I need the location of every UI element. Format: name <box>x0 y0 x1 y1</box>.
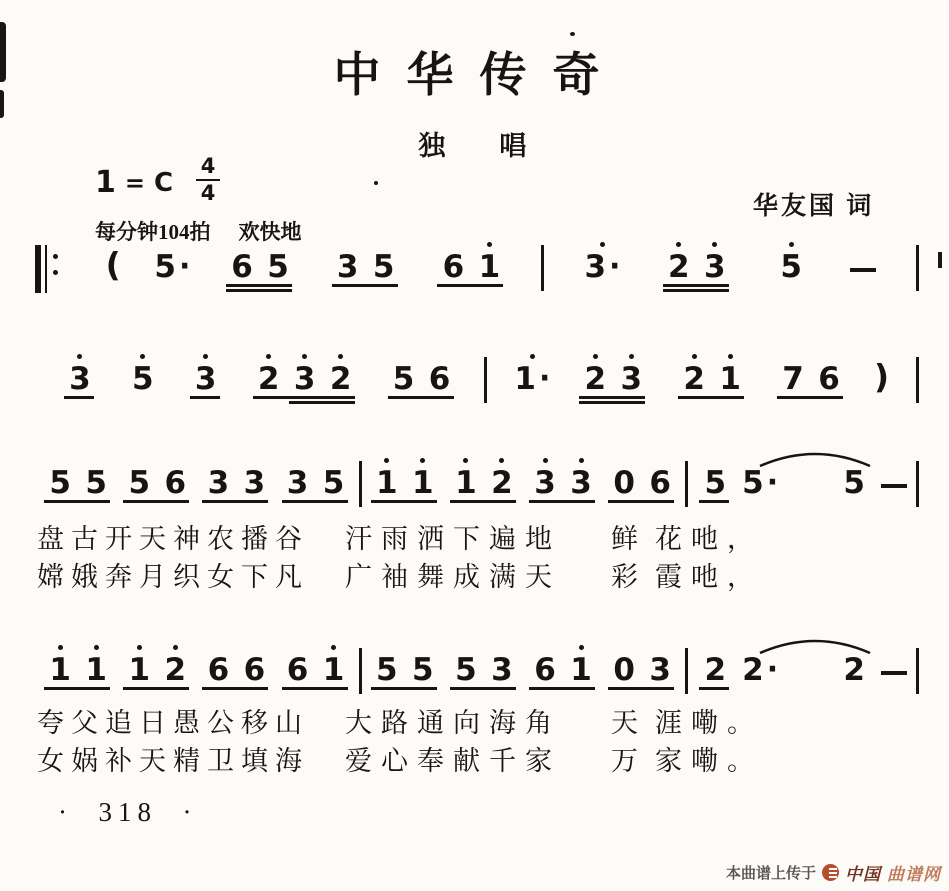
note-digit: 1 <box>49 653 71 687</box>
note-digit: 3 <box>287 466 309 500</box>
note-digit: 5 <box>154 250 176 284</box>
note-row: 5 <box>773 242 809 284</box>
note: 7 <box>775 354 811 396</box>
music-system-3: 555633351112330655·5 <box>35 458 919 512</box>
key-signature: 1 = C 4 4 <box>95 162 220 204</box>
note-digit: 0 <box>613 466 635 500</box>
note-row: 3· <box>584 242 620 284</box>
note-digit-row: 5 <box>393 362 415 396</box>
octave-dot <box>600 242 605 247</box>
note-row: 66 <box>200 645 272 687</box>
watermark-prefix: 本曲谱上传于 <box>726 862 816 883</box>
note-digit: 6 <box>818 362 840 396</box>
note-row: 11 <box>42 645 114 687</box>
octave-dot <box>94 645 99 650</box>
note-digit-row: 6 <box>244 653 266 687</box>
note: 3 <box>642 645 678 687</box>
note-group: 55 <box>369 645 441 699</box>
beam-underline <box>663 289 729 292</box>
note: 5 <box>773 242 809 284</box>
beam-area <box>224 284 296 296</box>
octave-dot <box>712 242 717 247</box>
beam-underline <box>579 401 645 404</box>
note-row: 61 <box>435 242 507 284</box>
note: 2 <box>157 645 193 687</box>
barline <box>916 461 919 507</box>
note-digit-row: 3 <box>294 362 316 396</box>
measure: 3·235 <box>544 242 916 296</box>
note-digit: 3 <box>570 466 592 500</box>
note: 1· <box>514 354 550 396</box>
note-row: 35 <box>330 242 402 284</box>
note-row: 3 <box>188 354 224 396</box>
note-group: 56 <box>121 458 193 512</box>
note-digit-row: 5 <box>843 466 865 500</box>
lyric-segment: 家嘞。 <box>655 739 763 778</box>
time-signature-bottom: 4 <box>201 183 216 204</box>
lyrics-row: 夸父追日愚公移山 大路通向海角 天 涯嘞。 <box>35 701 919 737</box>
octave-dot <box>173 645 178 650</box>
tie-group: 2·2 <box>742 645 872 687</box>
note-digit: 1 <box>376 466 398 500</box>
note-digit: 5 <box>376 653 398 687</box>
beam-area <box>697 687 733 699</box>
note-digit-row: 3 <box>69 362 91 396</box>
beam-underline <box>699 500 729 503</box>
note-digit: 3 <box>534 466 556 500</box>
note-digit-row: 3 <box>244 466 266 500</box>
note: 5 <box>121 458 157 500</box>
note-digit-row: 5 <box>376 653 398 687</box>
octave-dot <box>593 354 598 359</box>
note-group: 76 <box>775 354 847 408</box>
note-row: 03 <box>606 645 678 687</box>
octave-dot <box>487 242 492 247</box>
octave-dot <box>302 354 307 359</box>
note-digit-row: 5 <box>128 466 150 500</box>
note-row: 56 <box>386 354 458 396</box>
octave-dot <box>499 458 504 463</box>
repeat-dot <box>53 270 58 275</box>
note-digit-row: 6 <box>534 653 556 687</box>
beam-underline <box>608 500 674 503</box>
note-digit-row: 1 <box>570 653 592 687</box>
note: 5 <box>386 354 422 396</box>
note-digit-row: 3 <box>491 653 513 687</box>
note: 5 <box>369 645 405 687</box>
music-system-1: (5·6535613·235 <box>35 242 919 296</box>
note: 1 <box>369 458 405 500</box>
note-digit: 5 <box>704 466 726 500</box>
note-row: 33 <box>527 458 599 500</box>
beam-area <box>251 396 359 408</box>
beam-underline <box>450 500 516 503</box>
note-digit-row: 6 <box>429 362 451 396</box>
note: 5· <box>154 242 190 284</box>
octave-dot <box>463 458 468 463</box>
beam-underline <box>777 396 843 399</box>
note-digit-row: 2 <box>584 362 606 396</box>
note-group: 33 <box>200 458 272 512</box>
octave-dot <box>331 645 336 650</box>
lyric-segment: 万 <box>611 739 638 778</box>
note-group: 23 <box>661 242 733 296</box>
beam-underline <box>371 687 437 690</box>
beam-area <box>280 687 352 699</box>
note-group: 61 <box>280 645 352 699</box>
note-row: 21 <box>676 354 748 396</box>
note: 3 <box>697 242 733 284</box>
note-digit: 2 <box>258 362 280 396</box>
note-digit: 3 <box>208 466 230 500</box>
note-group: 2 <box>697 645 733 699</box>
note-group: 23 <box>577 354 649 408</box>
beam-area <box>577 396 649 408</box>
note-group: 12 <box>448 458 520 512</box>
barline <box>916 245 919 291</box>
note: 5 <box>316 458 352 500</box>
note-digit-row: 1 <box>49 653 71 687</box>
repeat-dot <box>53 254 58 259</box>
note-digit: 6 <box>244 653 266 687</box>
beam-underline <box>123 687 189 690</box>
beam-underline <box>678 396 744 399</box>
note-row: 61 <box>527 645 599 687</box>
note-digit: 3 <box>620 362 642 396</box>
note-digit-row: 3 <box>208 466 230 500</box>
note: 6 <box>642 458 678 500</box>
beam-underline <box>289 401 355 404</box>
beam-area <box>448 687 520 699</box>
tempo-marking: 每分钟104拍 <box>95 220 211 244</box>
note-digit-row: 1 <box>412 466 434 500</box>
lyric-segment: 嫦娥奔月织女下凡 <box>37 555 309 594</box>
note-digit-row: 2 <box>704 653 726 687</box>
lyric-segment: 广袖舞成满天 <box>345 555 561 594</box>
note-group: 1· <box>514 354 550 408</box>
lyric-segment: 汗雨洒下遍地 <box>345 517 561 556</box>
note-row: 65 <box>224 242 296 284</box>
beam-underline <box>226 284 292 287</box>
beam-underline <box>44 687 110 690</box>
lyrics-row: 嫦娥奔月织女下凡 广袖舞成满天 彩 霞吔， <box>35 555 919 591</box>
beam-area <box>514 396 550 408</box>
beam-underline <box>529 687 595 690</box>
note-digit-row: 1 <box>455 466 477 500</box>
note-row: 1· <box>514 354 550 396</box>
note-digit: 3 <box>491 653 513 687</box>
note-digit-row: 5 <box>704 466 726 500</box>
music-system-4: 111266615553610322·2 <box>35 645 919 699</box>
note: 1 <box>316 645 352 687</box>
note-digit: 2 <box>704 653 726 687</box>
note: 1 <box>563 645 599 687</box>
note: 6 <box>236 645 272 687</box>
note-digit: 1 <box>128 653 150 687</box>
note-row: 76 <box>775 354 847 396</box>
octave-dot <box>789 242 794 247</box>
key-letter: C <box>154 168 173 198</box>
note-digit-row: 0 <box>613 653 635 687</box>
augmentation-dot: · <box>539 364 550 394</box>
note-group: 55 <box>42 458 114 512</box>
note-digit: 5 <box>49 466 71 500</box>
beam-area <box>435 284 507 296</box>
octave-dot <box>137 645 142 650</box>
measure: 35323256 <box>35 354 484 408</box>
note-group: 03 <box>606 645 678 699</box>
note-digit: 6 <box>231 250 253 284</box>
note-digit-row: 2 <box>491 466 513 500</box>
note-row: 23 <box>577 354 649 396</box>
measure: 11123306 <box>362 458 686 512</box>
beam-underline <box>123 500 189 503</box>
beam-underline <box>388 396 454 399</box>
beam-area <box>121 500 193 512</box>
note: 1 <box>471 242 507 284</box>
note-digit-row: 5 <box>455 653 477 687</box>
note-digit: 6 <box>287 653 309 687</box>
beam-area <box>527 687 599 699</box>
beam-area <box>527 500 599 512</box>
note-digit-row: 1 <box>323 653 345 687</box>
note-digit: 3 <box>69 362 91 396</box>
note-group: 53 <box>448 645 520 699</box>
note-digit: 5 <box>843 466 865 500</box>
note-row: 61 <box>280 645 352 687</box>
octave-dot <box>579 645 584 650</box>
beam-area <box>200 687 272 699</box>
note-digit: 6 <box>534 653 556 687</box>
note-digit-row: 5 <box>267 250 289 284</box>
note-digit: 5 <box>780 250 802 284</box>
note-group: 232 <box>251 354 359 408</box>
octave-dot <box>338 354 343 359</box>
song-title: 中华传奇 <box>0 38 949 105</box>
note-digit-row: 5 <box>780 250 802 284</box>
beam-area <box>62 396 98 408</box>
beam-area <box>606 687 678 699</box>
note-digit-row: 1 <box>128 653 150 687</box>
equals-sign: = <box>125 168 145 198</box>
note-group: 61 <box>527 645 599 699</box>
beam-area <box>42 500 114 512</box>
site-logo-icon <box>822 864 839 881</box>
note-row: 53 <box>448 645 520 687</box>
note-digit-row: 6 <box>164 466 186 500</box>
note-digit: 5 <box>412 653 434 687</box>
note-digit: 1 <box>570 653 592 687</box>
barline <box>916 648 919 694</box>
measure: 22·2 <box>688 645 916 699</box>
note: 3 <box>280 458 316 500</box>
lyric-segment: 盘古开天神农播谷 <box>37 517 309 556</box>
augmentation-dot: · <box>767 655 778 685</box>
note-digit-row: 3 <box>195 362 217 396</box>
note-row: 56 <box>121 458 193 500</box>
octave-dot <box>58 645 63 650</box>
octave-dot <box>543 458 548 463</box>
beam-underline <box>608 687 674 690</box>
note: 5 <box>697 458 733 500</box>
note-digit: 5 <box>323 466 345 500</box>
note-digit: 6 <box>208 653 230 687</box>
note: 6 <box>200 645 236 687</box>
note-digit: 5 <box>132 362 154 396</box>
note-digit: 2 <box>330 362 352 396</box>
lyric-segment: 涯嘞。 <box>655 701 763 740</box>
note-digit-row: 2 <box>258 362 280 396</box>
note: 0 <box>606 458 642 500</box>
octave-dot <box>728 354 733 359</box>
scan-artifact <box>374 181 378 185</box>
note-row: 23 <box>661 242 733 284</box>
note: 2 <box>697 645 733 687</box>
augmentation-dot: · <box>179 252 190 282</box>
note-digit: 2 <box>668 250 690 284</box>
note: 3 <box>287 354 323 396</box>
beam-area <box>125 396 161 408</box>
watermark-brand-light: 曲谱网 <box>887 860 941 885</box>
note-digit: 2 <box>742 653 764 687</box>
beam-underline <box>663 284 729 287</box>
lyric-segment: 夸父追日愚公移山 <box>37 701 309 740</box>
beam-area <box>773 284 809 296</box>
mood-marking: 欢快地 <box>239 220 302 244</box>
note-group: 35 <box>330 242 402 296</box>
octave-dot <box>692 354 697 359</box>
octave-dot <box>676 242 681 247</box>
measure: 1·232176) <box>487 354 916 408</box>
lyric-segment: 鲜 <box>611 517 638 556</box>
note: 3 <box>330 242 366 284</box>
note-digit: 0 <box>613 653 635 687</box>
note-digit: 1 <box>479 250 501 284</box>
note-row: 5 <box>125 354 161 396</box>
note-row: 232 <box>251 354 359 396</box>
beam-underline <box>190 396 220 399</box>
note-digit-row: 6 <box>287 653 309 687</box>
note-digit-row: 5 <box>85 466 107 500</box>
tie-arc <box>756 633 874 655</box>
note-digit: 3 <box>584 250 606 284</box>
note: 3 <box>200 458 236 500</box>
note: 6 <box>435 242 471 284</box>
note: 1 <box>42 645 78 687</box>
octave-dot <box>420 458 425 463</box>
measure: 55536103 <box>362 645 686 699</box>
note-digit: 2 <box>584 362 606 396</box>
beam-area <box>448 500 520 512</box>
note-digit-row: 5 <box>323 466 345 500</box>
note-digit-row: 2 <box>164 653 186 687</box>
lyric-segment: 爱心奉献千家 <box>345 739 561 778</box>
note-digit: 6 <box>164 466 186 500</box>
lyric-segment: 大路通向海角 <box>345 701 561 740</box>
key-number: 1 <box>95 168 116 198</box>
note: 6 <box>811 354 847 396</box>
note: 3 <box>527 458 563 500</box>
note-digit-row: 1· <box>514 362 550 396</box>
note-digit: 3 <box>294 362 316 396</box>
note-digit-row: 1 <box>376 466 398 500</box>
note-digit: 5 <box>85 466 107 500</box>
note-digit: 3 <box>649 653 671 687</box>
note-digit: 5 <box>373 250 395 284</box>
lyrics-row: 女娲补天精卫填海 爱心奉献千家 万 家嘞。 <box>35 739 919 775</box>
lyric-segment: 彩 <box>611 555 638 594</box>
measure: (5·653561 <box>72 242 541 296</box>
beam-underline <box>371 500 437 503</box>
note: 3 <box>236 458 272 500</box>
note-digit-row: 0 <box>613 466 635 500</box>
octave-dot <box>77 354 82 359</box>
note-digit-row: 2 <box>843 653 865 687</box>
beam-area <box>42 687 114 699</box>
note: 5 <box>260 242 296 284</box>
note-digit-row: 3· <box>584 250 620 284</box>
open-paren: ( <box>106 242 121 288</box>
note-digit: 2 <box>164 653 186 687</box>
note-digit: 2 <box>491 466 513 500</box>
begin-repeat-sign <box>35 245 58 293</box>
note-digit-row: 6 <box>208 653 230 687</box>
beam-underline <box>579 396 645 399</box>
note-digit-row: 5 <box>412 653 434 687</box>
note-digit-row: 1 <box>85 653 107 687</box>
repeat-thin-bar <box>45 245 47 293</box>
note: 2 <box>676 354 712 396</box>
beam-area <box>584 284 620 296</box>
note-group: 61 <box>435 242 507 296</box>
note-digit-row: 5 <box>132 362 154 396</box>
beam-area <box>697 500 733 512</box>
note: 3· <box>584 242 620 284</box>
lyric-segment: 花吔， <box>655 517 763 556</box>
note: 1 <box>78 645 114 687</box>
measure: 55563335 <box>35 458 359 512</box>
note-row: 5 <box>697 458 733 500</box>
note-digit-row: 5 <box>373 250 395 284</box>
note: 3 <box>613 354 649 396</box>
note: 5 <box>448 645 484 687</box>
beam-area <box>154 284 190 296</box>
note-digit: 5 <box>128 466 150 500</box>
duration-dash <box>881 484 907 488</box>
close-paren: ) <box>874 354 889 400</box>
note: 5 <box>78 458 114 500</box>
note: 2 <box>323 354 359 396</box>
beam-area <box>386 396 458 408</box>
note-group: 35 <box>280 458 352 512</box>
note-digit-row: 7 <box>782 362 804 396</box>
repeat-thick-bar <box>35 245 41 293</box>
octave-dot <box>203 354 208 359</box>
note: 1 <box>448 458 484 500</box>
note-digit-row: 6 <box>818 362 840 396</box>
page-number: · 318 · <box>58 797 197 828</box>
beam-area <box>606 500 678 512</box>
note-group: 65 <box>224 242 296 296</box>
note-digit: 1 <box>85 653 107 687</box>
note-digit: 3 <box>195 362 217 396</box>
note: 1 <box>405 458 441 500</box>
note-digit: 6 <box>429 362 451 396</box>
note: 3 <box>563 458 599 500</box>
note-digit-row: 5· <box>154 250 190 284</box>
note-digit-row: 6 <box>443 250 465 284</box>
note: 2 <box>484 458 520 500</box>
